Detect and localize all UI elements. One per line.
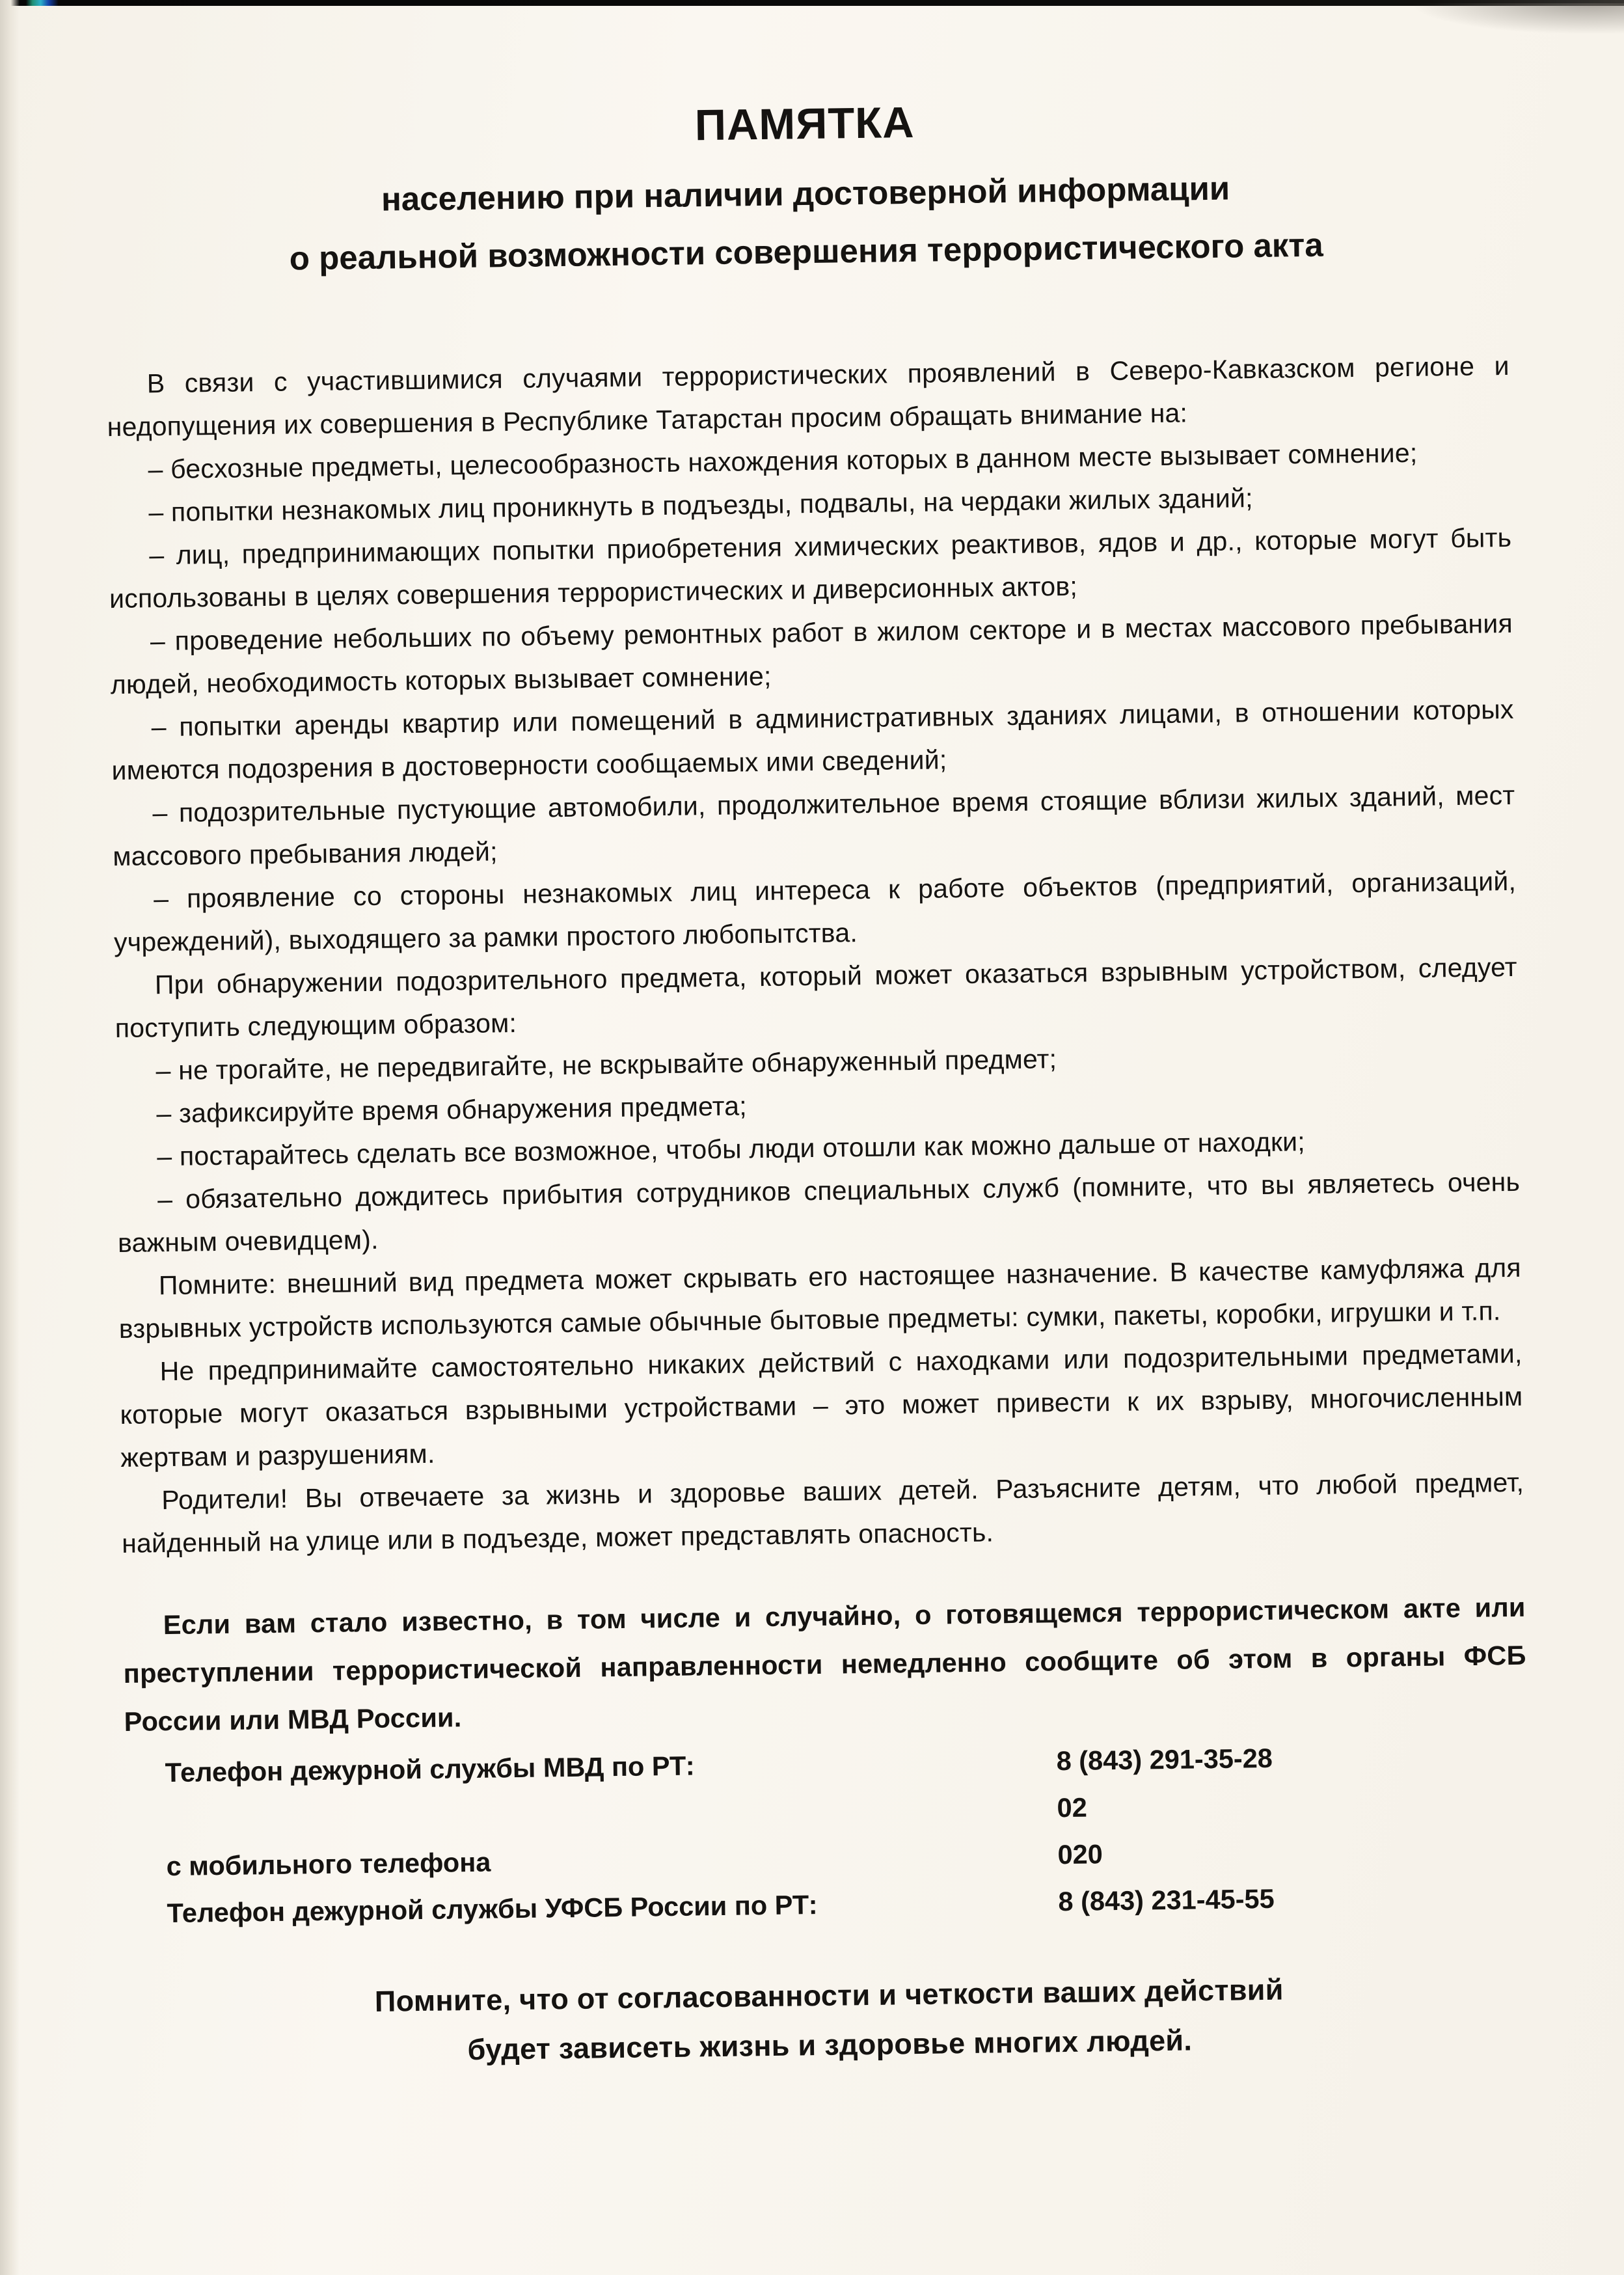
phone-label: Телефон дежурной службы МВД по РТ: [165, 1750, 694, 1788]
scanned-memo-page: ПАМЯТКА населению при наличии достоверно… [0, 0, 1624, 2275]
paragraph-warning: Не предпринимайте самостоятельно никаких… [119, 1332, 1523, 1479]
phone-label: с мобильного телефона [166, 1847, 491, 1882]
page-title: ПАМЯТКА [103, 90, 1506, 158]
phone-list: Телефон дежурной службы МВД по РТ: 8 (84… [124, 1732, 1530, 1937]
document-content: ПАМЯТКА населению при наличии достоверно… [0, 0, 1624, 2080]
body-text: В связи с участившимися случаями террори… [106, 344, 1524, 1565]
page-subtitle: населению при наличии достоверной информ… [104, 156, 1508, 290]
phone-number: 020 [1057, 1831, 1103, 1878]
alert-paragraph: Если вам стало известно, в том числе и с… [122, 1583, 1527, 1746]
closing-statement: Помните, что от согласованности и четкос… [128, 1962, 1532, 2079]
phone-label: Телефон дежурной службы УФСБ России по Р… [167, 1889, 818, 1928]
paragraph-parents: Родители! Вы отвечаете за жизнь и здоров… [121, 1461, 1525, 1565]
phone-number: 8 (843) 291-35-28 [1056, 1735, 1273, 1784]
phone-number: 02 [1057, 1784, 1087, 1832]
phone-number: 8 (843) 231-45-55 [1058, 1875, 1275, 1925]
